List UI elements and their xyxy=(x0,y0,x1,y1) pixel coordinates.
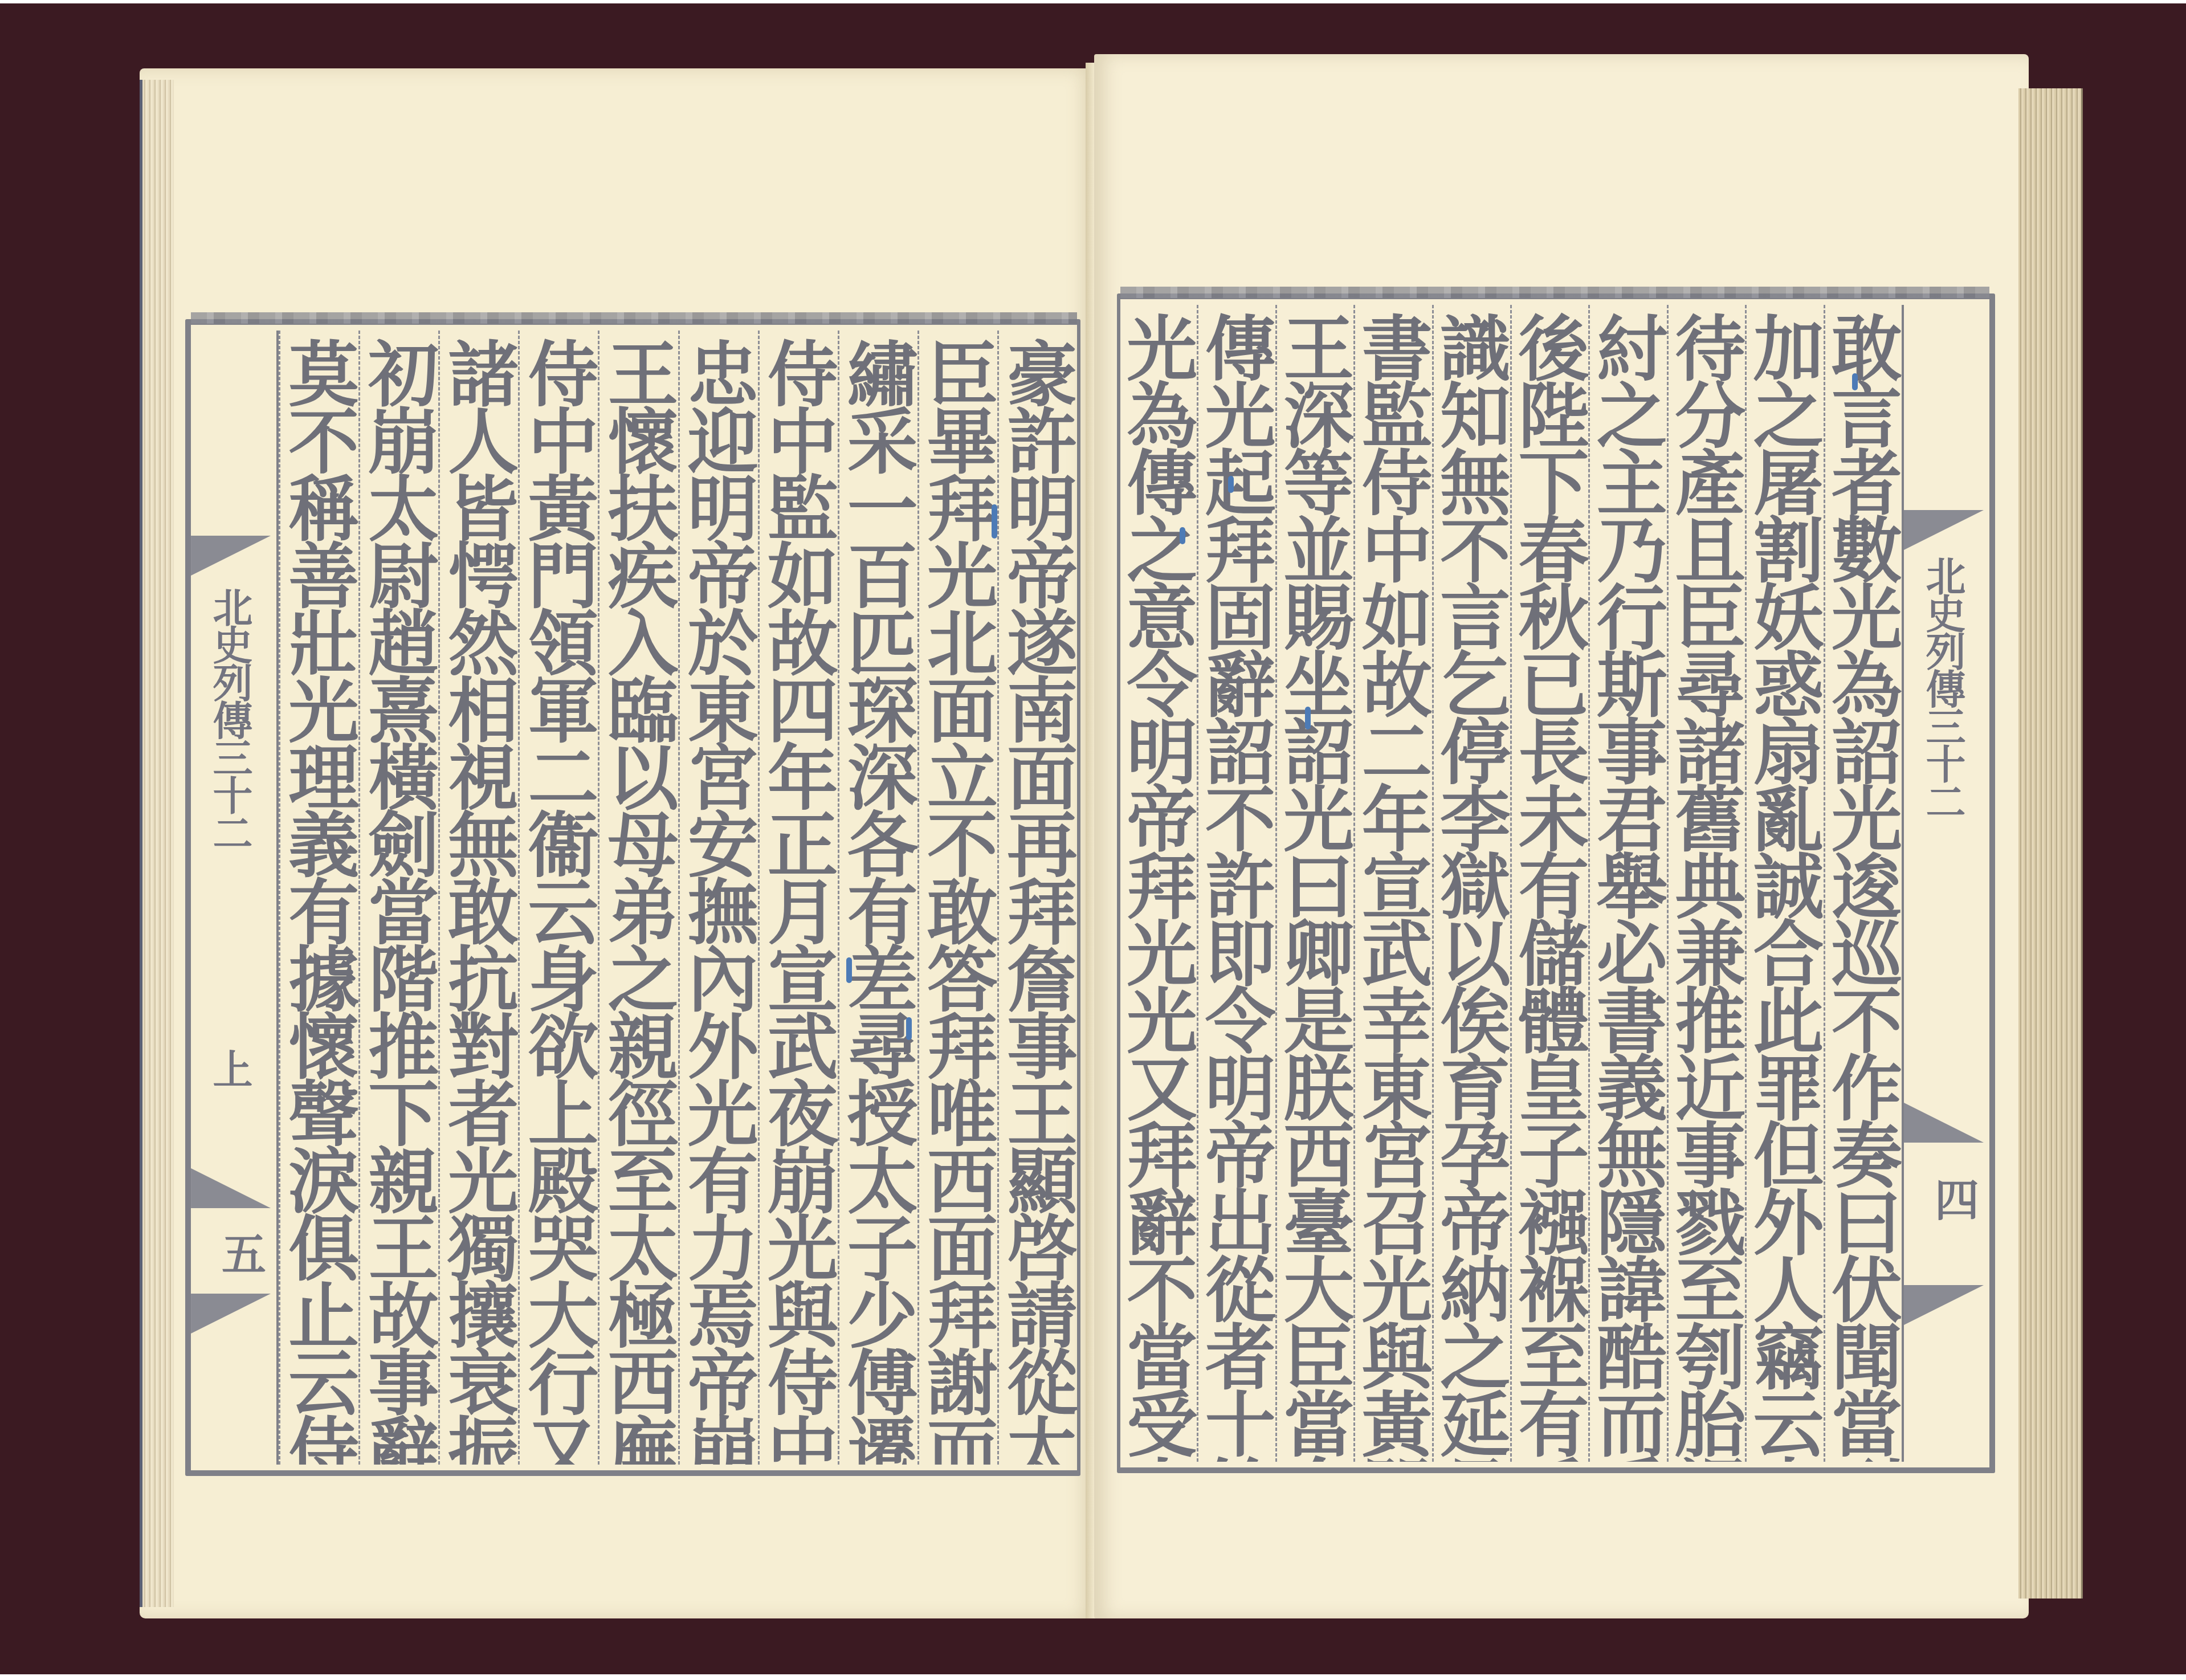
left-page-edge xyxy=(140,80,174,1607)
left-page-print-block: 豪許明帝遂南面再拜詹事王顯啓請從太子拜於是宮 臣畢拜光北面立不敢答拜唯西面拜謝而… xyxy=(185,319,1080,1476)
blue-annotation-mark xyxy=(1180,527,1185,544)
banxin-section: 上 xyxy=(201,1049,259,1086)
text-column: 豪許明帝遂南面再拜詹事王顯啓請從太子拜於是宮 xyxy=(997,331,1077,1465)
left-page: 豪許明帝遂南面再拜詹事王顯啓請從太子拜於是宮 臣畢拜光北面立不敢答拜唯西面拜謝而… xyxy=(140,68,1094,1618)
right-page-edge xyxy=(2018,88,2083,1599)
text-column: 王懷扶疾入臨以母弟之親徑至太極西廡哀慟禁內呼 xyxy=(598,331,678,1465)
text-column: 初崩太尉趙熹橫劍當階推下親王故事辭色甚厲聞者 xyxy=(358,331,438,1465)
page-number: 五 xyxy=(208,1231,272,1275)
top-border-band xyxy=(191,312,1077,324)
text-column: 忠迎明帝於東宮安撫內外光有力焉帝崩後二日廣平 xyxy=(678,331,758,1465)
text-column: 繡采一百匹琛深各有差尋授太子少傅遷右光祿大夫 xyxy=(838,331,917,1465)
photo-border-bottom xyxy=(0,1674,2186,1680)
text-column: 加之屠割妖惑扇亂誠合此罪但外人竊云李今懷姙例 xyxy=(1745,305,1823,1462)
banxin-margin: 北史列傳三十二 四 xyxy=(1902,305,1989,1462)
blue-annotation-mark xyxy=(1852,373,1858,390)
banxin-margin: 北史列傳三十二 上 五 xyxy=(191,331,279,1465)
right-page: 北史列傳三十二 四 敢言者數光為詔光逡巡不作奏曰伏聞當刑元愉妾李 加之屠割妖惑扇… xyxy=(1094,54,2029,1618)
fishtail-icon xyxy=(191,1294,271,1334)
text-column: 侍中黃門領軍二衞云身欲上殿哭大行又須入見主上 xyxy=(518,331,598,1465)
fishtail-icon xyxy=(1904,1103,1984,1143)
text-column: 莫不稱善壯光理義有據懷聲淚俱止云侍中以古事裁 xyxy=(279,331,358,1465)
blue-annotation-mark xyxy=(992,504,997,539)
text-column: 諸人皆愕然相視無敢抗對者光獨攘衰振杖引漢光武 xyxy=(438,331,518,1465)
blue-annotation-mark xyxy=(906,1017,912,1040)
text-column: 臣畢拜光北面立不敢答拜唯西面拜謝而出於是賜光 xyxy=(917,331,997,1465)
blue-annotation-mark xyxy=(846,957,852,983)
banxin-title: 北史列傳三十二 xyxy=(201,587,259,850)
fishtail-icon xyxy=(191,1168,271,1208)
text-column: 敢言者數光為詔光逡巡不作奏曰伏聞當刑元愉妾李 xyxy=(1824,305,1902,1462)
text-column: 侍中監如故四年正月宣武夜崩光與侍中領軍將軍于 xyxy=(758,331,838,1465)
text-column: 待分產且臣尋諸舊典兼推近事戮至刳胎謂之虐刑桀 xyxy=(1667,305,1745,1462)
right-page-columns: 北史列傳三十二 四 敢言者數光為詔光逡巡不作奏曰伏聞當刑元愉妾李 加之屠割妖惑扇… xyxy=(1120,305,1989,1462)
blue-annotation-mark xyxy=(1305,707,1311,729)
text-column: 書監侍中如故二年宣武幸東宮召光與黃門甄琛廣陽 xyxy=(1353,305,1431,1462)
banxin-title: 北史列傳三十二 xyxy=(1914,556,1972,819)
left-page-columns: 豪許明帝遂南面再拜詹事王顯啓請從太子拜於是宮 臣畢拜光北面立不敢答拜唯西面拜謝而… xyxy=(191,331,1077,1465)
photo-border-top xyxy=(0,0,2186,3)
top-border-band xyxy=(1120,287,1989,298)
text-column: 紂之主乃行斯事君舉必書義無隱諱酷而乖法何以示 xyxy=(1588,305,1666,1462)
page-number: 四 xyxy=(1921,1177,1985,1221)
text-column: 王深等並賜坐詔光曰卿是朕西臺大臣當今為太子師 xyxy=(1275,305,1353,1462)
right-page-print-block: 北史列傳三十二 四 敢言者數光為詔光逡巡不作奏曰伏聞當刑元愉妾李 加之屠割妖惑扇… xyxy=(1117,293,1995,1473)
blue-annotation-mark xyxy=(1228,476,1234,493)
fishtail-icon xyxy=(191,536,271,576)
text-column: 光為傳之意令明帝拜光光又拜辭不當受太子拜復不 xyxy=(1120,305,1197,1462)
fishtail-icon xyxy=(1904,510,1984,550)
fishtail-icon xyxy=(1904,1285,1984,1325)
text-column: 後陛下春秋已長未有儲體皇子襁褓至有夭失臣之愚 xyxy=(1510,305,1588,1462)
text-column: 識知無不言乞停李獄以俟育孕帝納之延昌元年遷中 xyxy=(1432,305,1510,1462)
text-column: 傳光起拜固辭詔不許即令明帝出從者十餘人敕以 xyxy=(1197,305,1275,1462)
